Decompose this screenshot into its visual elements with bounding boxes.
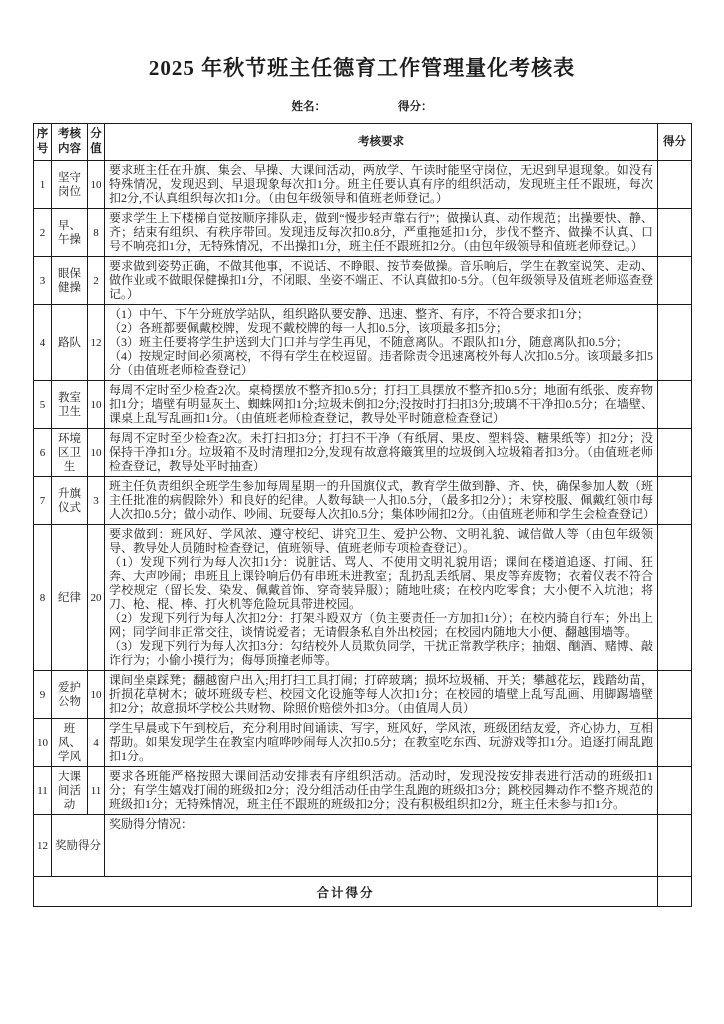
row-score-cell: [658, 719, 692, 767]
row-requirements: 要求做到姿势正确，不做其他事，不说话、不睁眼、按节奏做操。音乐响后，学生在教室说…: [105, 257, 658, 305]
total-score-cell: [658, 877, 692, 907]
row-category: 升旗仪式: [52, 477, 88, 525]
row-requirements: 班主任负责组织全班学生参加每周星期一的升国旗仪式，教育学生做到静、齐、快，确保参…: [105, 477, 658, 525]
header-requirements: 考核要求: [105, 124, 658, 161]
row-index: 2: [34, 209, 52, 257]
row-index: 11: [34, 767, 52, 815]
table-row: 8 纪律 20 要求做到：班风好、学风浓、遵守校纪、讲究卫生、爱护公物、文明礼貌…: [34, 525, 692, 671]
row-points: 8: [88, 209, 105, 257]
row-index: 1: [34, 161, 52, 209]
total-score-label: 合计得分: [34, 877, 658, 907]
row-score-cell: [658, 257, 692, 305]
header-points: 分值: [88, 124, 105, 161]
row-points: 12: [88, 305, 105, 381]
header-score: 得分: [658, 124, 692, 161]
row-requirements: 要求学生上下楼梯自觉按顺序排队走，做到“慢步轻声靠右行”；做操认真、动作规范；出…: [105, 209, 658, 257]
table-row: 5 教室卫生 10 每周不定时至少检查2次。桌椅摆放不整齐扣0.5分；打扫工具摆…: [34, 381, 692, 429]
row-points: 10: [88, 381, 105, 429]
row-score-cell: [658, 671, 692, 719]
row-category: 大课间活动: [52, 767, 88, 815]
row-index: 9: [34, 671, 52, 719]
row-category: 教室卫生: [52, 381, 88, 429]
row-category: 纪律: [52, 525, 88, 671]
row-score-cell: [658, 477, 692, 525]
row-index: 8: [34, 525, 52, 671]
name-label: 姓名：: [292, 98, 327, 114]
row-category: 早、午操: [52, 209, 88, 257]
row-requirements: 奖励得分情况：: [105, 815, 658, 877]
row-index: 10: [34, 719, 52, 767]
table-row: 9 爱护公物 10 课间坐桌踩凳；翻越窗户出入;用打扫工具打闹；打碎玻璃；损坏垃…: [34, 671, 692, 719]
row-requirements: 要求各班能严格按照大课间活动安排表有序组织活动。活动时，发现没按安排表进行活动的…: [105, 767, 658, 815]
row-index: 6: [34, 429, 52, 477]
row-score-cell: [658, 305, 692, 381]
table-row: 10 班风、学风 4 学生早晨或下午到校后，充分利用时间诵读、写字，班风好，学风…: [34, 719, 692, 767]
table-row: 7 升旗仪式 3 班主任负责组织全班学生参加每周星期一的升国旗仪式，教育学生做到…: [34, 477, 692, 525]
meta-line: 姓名： 得分：: [33, 98, 691, 114]
header-index: 序号: [34, 124, 52, 161]
row-points: 4: [88, 719, 105, 767]
row-score-cell: [658, 161, 692, 209]
row-index: 7: [34, 477, 52, 525]
row-index: 4: [34, 305, 52, 381]
score-label: 得分：: [398, 98, 433, 114]
table-total-row: 合计得分: [34, 877, 692, 907]
row-index: 5: [34, 381, 52, 429]
row-points: 10: [88, 671, 105, 719]
table-row: 4 路队 12 （1）中午、下午分班放学站队，组织路队要安静、迅速、整齐、有序，…: [34, 305, 692, 381]
row-category: 路队: [52, 305, 88, 381]
row-score-cell: [658, 815, 692, 877]
row-points: 10: [88, 161, 105, 209]
row-category: 眼保健操: [52, 257, 88, 305]
row-score-cell: [658, 429, 692, 477]
row-category: 坚守岗位: [52, 161, 88, 209]
row-points: 20: [88, 525, 105, 671]
row-category: 奖励得分: [52, 815, 105, 877]
row-index: 12: [34, 815, 52, 877]
row-category: 爱护公物: [52, 671, 88, 719]
row-score-cell: [658, 209, 692, 257]
row-points: 11: [88, 767, 105, 815]
row-requirements: （1）中午、下午分班放学站队，组织路队要安静、迅速、整齐、有序，不符合要求扣1分…: [105, 305, 658, 381]
row-requirements: 课间坐桌踩凳；翻越窗户出入;用打扫工具打闹；打碎玻璃；损坏垃圾桶、开关；攀越花坛…: [105, 671, 658, 719]
row-requirements: 每周不定时至少检查2次。未打扫扣3分；打扫不干净（有纸屑、果皮、塑料袋、糖果纸等…: [105, 429, 658, 477]
table-row: 2 早、午操 8 要求学生上下楼梯自觉按顺序排队走，做到“慢步轻声靠右行”；做操…: [34, 209, 692, 257]
row-score-cell: [658, 525, 692, 671]
header-content: 考核内容: [52, 124, 88, 161]
table-row: 1 坚守岗位 10 要求班主任在升旗、集会、早操、大课间活动，两放学、午读时能坚…: [34, 161, 692, 209]
table-row: 6 环境区卫生 10 每周不定时至少检查2次。未打扫扣3分；打扫不干净（有纸屑、…: [34, 429, 692, 477]
table-row: 11 大课间活动 11 要求各班能严格按照大课间活动安排表有序组织活动。活动时，…: [34, 767, 692, 815]
table-row: 12 奖励得分 奖励得分情况：: [34, 815, 692, 877]
document-page: 2025 年秋节班主任德育工作管理量化考核表 姓名： 得分： 序号 考核内容 分…: [0, 0, 724, 907]
row-category: 班风、学风: [52, 719, 88, 767]
table-header-row: 序号 考核内容 分值 考核要求 得分: [34, 124, 692, 161]
row-points: 3: [88, 477, 105, 525]
row-category: 环境区卫生: [52, 429, 88, 477]
row-index: 3: [34, 257, 52, 305]
assessment-table: 序号 考核内容 分值 考核要求 得分 1 坚守岗位 10 要求班主任在升旗、集会…: [33, 123, 692, 907]
row-score-cell: [658, 767, 692, 815]
row-requirements: 要求班主任在升旗、集会、早操、大课间活动，两放学、午读时能坚守岗位，无迟到早退现…: [105, 161, 658, 209]
table-row: 3 眼保健操 2 要求做到姿势正确，不做其他事，不说话、不睁眼、按节奏做操。音乐…: [34, 257, 692, 305]
row-requirements: 每周不定时至少检查2次。桌椅摆放不整齐扣0.5分；打扫工具摆放不整齐扣0.5分；…: [105, 381, 658, 429]
row-points: 10: [88, 429, 105, 477]
row-points: 2: [88, 257, 105, 305]
page-title: 2025 年秋节班主任德育工作管理量化考核表: [33, 52, 691, 82]
row-requirements: 学生早晨或下午到校后，充分利用时间诵读、写字，班风好，学风浓，班级团结友爱，齐心…: [105, 719, 658, 767]
row-score-cell: [658, 381, 692, 429]
row-requirements: 要求做到：班风好、学风浓、遵守校纪、讲究卫生、爱护公物、文明礼貌、诚信做人等（由…: [105, 525, 658, 671]
